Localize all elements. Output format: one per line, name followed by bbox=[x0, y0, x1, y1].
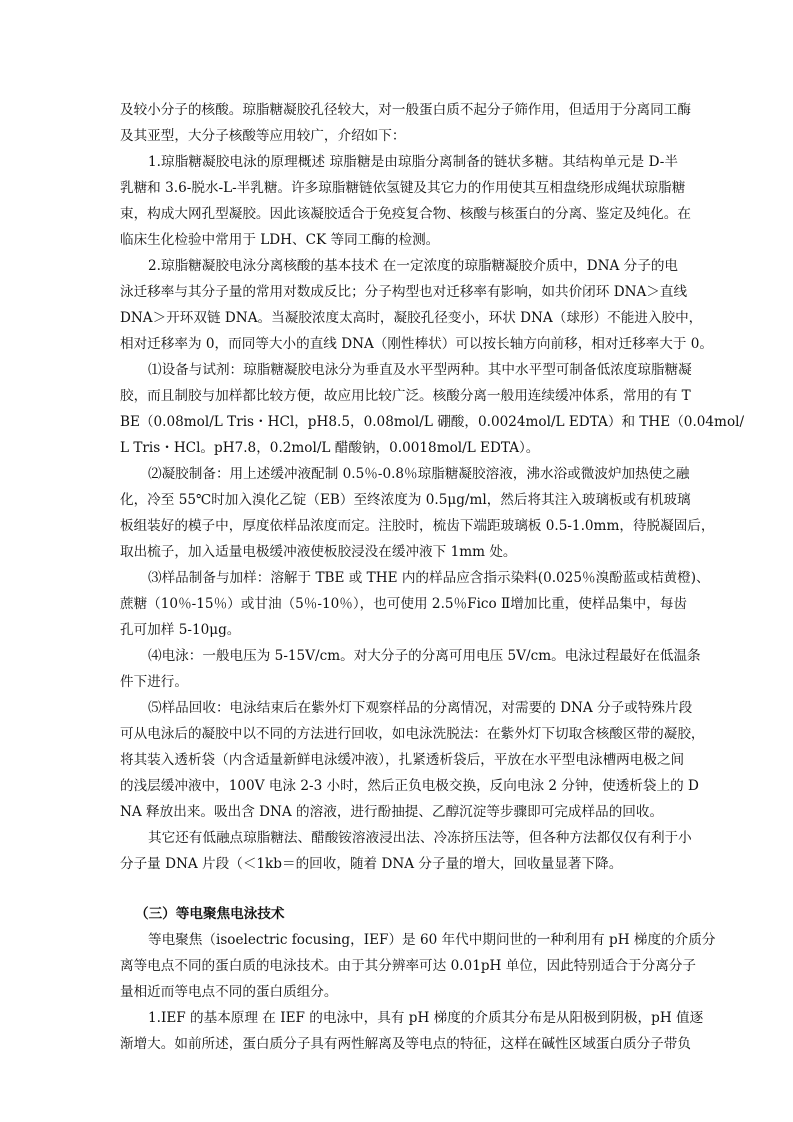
text-line: 将其装入透析袋（内含适量新鲜电泳缓冲液），扎紧透析袋后，平放在水平型电泳槽两电极… bbox=[120, 747, 678, 773]
section-heading: （三）等电聚焦电泳技术 bbox=[135, 901, 693, 927]
text-line: 胶，而且制胶与加样都比较方便，故应用比较广泛。核酸分离一般用连续缓冲体系，常用的… bbox=[120, 383, 678, 409]
text-line: 量相近而等电点不同的蛋白质组分。 bbox=[120, 979, 678, 1005]
text-line: 蔗糖（10％-15％）或甘油（5％-10％），也可使用 2.5％Fico Ⅱ增加… bbox=[120, 591, 678, 617]
text-line: ⑶样品制备与加样：溶解于 TBE 或 THE 内的样品应含指示染料(0.025％… bbox=[148, 565, 678, 591]
text-line: 1.琼脂糖凝胶电泳的原理概述 琼脂糖是由琼脂分离制备的链状多糖。其结构单元是 D… bbox=[148, 149, 678, 175]
document-page: 及较小分子的核酸。琼脂糖凝胶孔径较大，对一般蛋白质不起分子筛作用，但适用于分离同… bbox=[0, 0, 793, 1122]
text-line: L Tris・HCl。pH7.8，0.2mol/L 醋酸钠，0.0018mol/… bbox=[120, 435, 678, 461]
text-line: 2.琼脂糖凝胶电泳分离核酸的基本技术 在一定浓度的琼脂糖凝胶介质中，DNA 分子… bbox=[148, 253, 678, 279]
text-line: 离等电点不同的蛋白质的电泳技术。由于其分辨率可达 0.01pH 单位，因此特别适… bbox=[120, 953, 678, 979]
text-line: 取出梳子，加入适量电极缓冲液使板胶浸没在缓冲液下 1mm 处。 bbox=[120, 539, 678, 565]
text-line: 板组装好的模子中，厚度依样品浓度而定。注胶时，梳齿下端距玻璃板 0.5-1.0m… bbox=[120, 513, 678, 539]
text-line: 化，冷至 55℃时加入溴化乙锭（EB）至终浓度为 0.5μg/ml，然后将其注入… bbox=[120, 487, 678, 513]
text-line: ⑷电泳：一般电压为 5-15V/cm。对大分子的分离可用电压 5V/cm。电泳过… bbox=[148, 643, 678, 669]
text-line: 孔可加样 5-10μg。 bbox=[120, 617, 678, 643]
text-line: 其它还有低融点琼脂糖法、醋酸铵溶液浸出法、冷冻挤压法等，但各种方法都仅仅有利于小 bbox=[148, 825, 678, 851]
text-line: 泳迁移率与其分子量的常用对数成反比；分子构型也对迁移率有影响，如共价闭环 DNA… bbox=[120, 279, 678, 305]
text-line: 1.IEF 的基本原理 在 IEF 的电泳中，具有 pH 梯度的介质其分布是从阳… bbox=[148, 1005, 678, 1031]
text-line: 件下进行。 bbox=[120, 669, 678, 695]
text-line: NA 释放出来。吸出含 DNA 的溶液，进行酚抽提、乙醇沉淀等步骤即可完成样品的… bbox=[120, 799, 678, 825]
text-line: DNA＞开环双链 DNA。当凝胶浓度太高时，凝胶孔径变小，环状 DNA（球形）不… bbox=[120, 305, 678, 331]
text-line: 等电聚焦（isoelectric focusing，IEF）是 60 年代中期问… bbox=[148, 927, 678, 953]
text-line: 及其亚型，大分子核酸等应用较广，介绍如下： bbox=[120, 123, 678, 149]
text-line: 临床生化检验中常用于 LDH、CK 等同工酶的检测。 bbox=[120, 227, 678, 253]
text-line: BE（0.08mol/L Tris・HCl，pH8.5，0.08mol/L 硼酸… bbox=[120, 409, 678, 435]
text-line: 分子量 DNA 片段（＜1kb＝的回收，随着 DNA 分子量的增大，回收量显著下… bbox=[120, 851, 678, 877]
text-line: ⑸样品回收：电泳结束后在紫外灯下观察样品的分离情况，对需要的 DNA 分子或特殊… bbox=[148, 695, 678, 721]
text-line: 束，构成大网孔型凝胶。因此该凝胶适合于免疫复合物、核酸与核蛋白的分离、鉴定及纯化… bbox=[120, 201, 678, 227]
text-line: 渐增大。如前所述，蛋白质分子具有两性解离及等电点的特征，这样在碱性区域蛋白质分子… bbox=[120, 1031, 678, 1057]
text-line: ⑴设备与试剂：琼脂糖凝胶电泳分为垂直及水平型两种。其中水平型可制备低浓度琼脂糖凝 bbox=[148, 357, 678, 383]
text-line: 乳糖和 3.6-脱水-L-半乳糖。许多琼脂糖链依氢键及其它力的作用使其互相盘绕形… bbox=[120, 175, 678, 201]
text-line: 的浅层缓冲液中，100V 电泳 2-3 小时，然后正负电极交换，反向电泳 2 分… bbox=[120, 773, 678, 799]
text-line: ⑵凝胶制备：用上述缓冲液配制 0.5％-0.8％琼脂糖凝胶溶液，沸水浴或微波炉加… bbox=[148, 461, 678, 487]
text-line: 及较小分子的核酸。琼脂糖凝胶孔径较大，对一般蛋白质不起分子筛作用，但适用于分离同… bbox=[120, 97, 678, 123]
text-line: 相对迁移率为 0，而同等大小的直线 DNA（刚性棒状）可以按长轴方向前移，相对迁… bbox=[120, 331, 678, 357]
text-line: 可从电泳后的凝胶中以不同的方法进行回收，如电泳洗脱法：在紫外灯下切取含核酸区带的… bbox=[120, 721, 678, 747]
